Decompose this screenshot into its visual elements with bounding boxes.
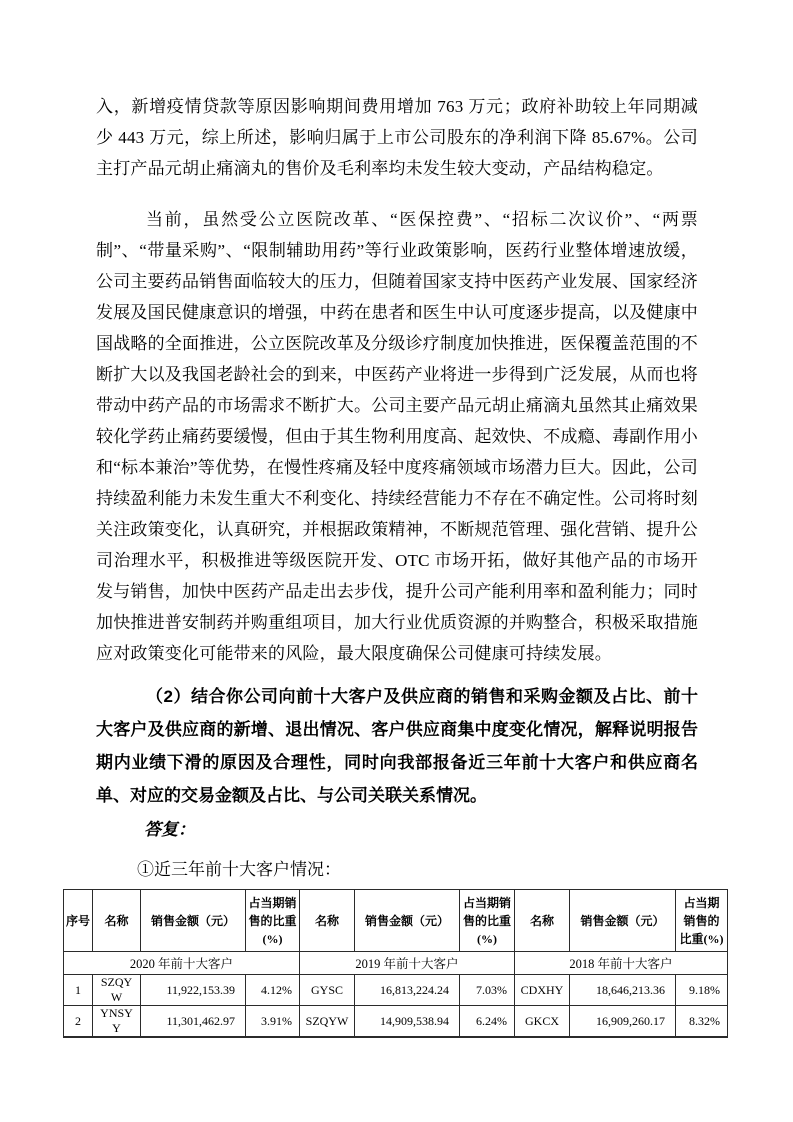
top-customers-table-wrap: 序号 名称 销售金额（元） 占当期销售的比重(%) 名称 销售金额（元） 占当期… <box>63 889 727 1038</box>
table-header-row: 序号 名称 销售金额（元） 占当期销售的比重(%) 名称 销售金额（元） 占当期… <box>64 890 728 952</box>
cell-name-2020: YNSYY <box>93 1006 141 1038</box>
header-seq: 序号 <box>64 890 93 952</box>
cell-ratio-2020: 3.91% <box>246 1006 300 1038</box>
paragraph-industry-outlook: 当前，虽然受公立医院改革、“医保控费”、“招标二次议价”、“两票制”、“带量采购… <box>96 204 698 669</box>
cell-seq: 2 <box>64 1006 93 1038</box>
year-group-2020: 2020 年前十大客户 <box>64 952 300 975</box>
year-group-2018: 2018 年前十大客户 <box>515 952 728 975</box>
cell-name-2018: GKCX <box>515 1006 570 1038</box>
header-ratio-2018: 占当期销售的比重(%) <box>676 890 728 952</box>
cell-ratio-2018: 9.18% <box>676 975 728 1006</box>
cell-amount-2019: 16,813,224.24 <box>355 975 460 1006</box>
table-row: 2 YNSYY 11,301,462.97 3.91% SZQYW 14,909… <box>64 1006 728 1038</box>
year-group-2019: 2019 年前十大客户 <box>300 952 515 975</box>
cell-amount-2018: 18,646,213.36 <box>570 975 676 1006</box>
cell-amount-2018: 16,909,260.17 <box>570 1006 676 1038</box>
header-amount-2018: 销售金额（元） <box>570 890 676 952</box>
header-name-2018: 名称 <box>515 890 570 952</box>
question-2-paragraph: （2）结合你公司向前十大客户及供应商的销售和采购金额及占比、前十大客户及供应商的… <box>96 680 698 812</box>
top-customers-table: 序号 名称 销售金额（元） 占当期销售的比重(%) 名称 销售金额（元） 占当期… <box>63 889 728 1038</box>
year-group-row: 2020 年前十大客户 2019 年前十大客户 2018 年前十大客户 <box>64 952 728 975</box>
cell-amount-2020: 11,922,153.39 <box>141 975 246 1006</box>
header-ratio-2019: 占当期销售的比重(%) <box>460 890 515 952</box>
cell-ratio-2018: 8.32% <box>676 1006 728 1038</box>
cell-amount-2019: 14,909,538.94 <box>355 1006 460 1038</box>
cell-ratio-2019: 6.24% <box>460 1006 515 1038</box>
cell-name-2020: SZQYW <box>93 975 141 1006</box>
cell-seq: 1 <box>64 975 93 1006</box>
table-row: 1 SZQYW 11,922,153.39 4.12% GYSC 16,813,… <box>64 975 728 1006</box>
reply-label: 答复： <box>96 814 698 845</box>
header-name-2020: 名称 <box>93 890 141 952</box>
header-ratio-2020: 占当期销售的比重(%) <box>246 890 300 952</box>
cell-ratio-2020: 4.12% <box>246 975 300 1006</box>
header-amount-2019: 销售金额（元） <box>355 890 460 952</box>
header-amount-2020: 销售金额（元） <box>141 890 246 952</box>
header-name-2019: 名称 <box>300 890 355 952</box>
page-content: 入，新增疫情贷款等原因影响期间费用增加 763 万元；政府补助较上年同期减少 4… <box>0 0 793 1038</box>
cell-name-2019: GYSC <box>300 975 355 1006</box>
document-page: 入，新增疫情贷款等原因影响期间费用增加 763 万元；政府补助较上年同期减少 4… <box>0 0 793 1122</box>
table-intro: ①近三年前十大客户情况： <box>96 854 698 885</box>
cell-amount-2020: 11,301,462.97 <box>141 1006 246 1038</box>
cell-name-2018: CDXHY <box>515 975 570 1006</box>
cell-name-2019: SZQYW <box>300 1006 355 1038</box>
cell-ratio-2019: 7.03% <box>460 975 515 1006</box>
paragraph-continuation: 入，新增疫情贷款等原因影响期间费用增加 763 万元；政府补助较上年同期减少 4… <box>96 91 698 184</box>
